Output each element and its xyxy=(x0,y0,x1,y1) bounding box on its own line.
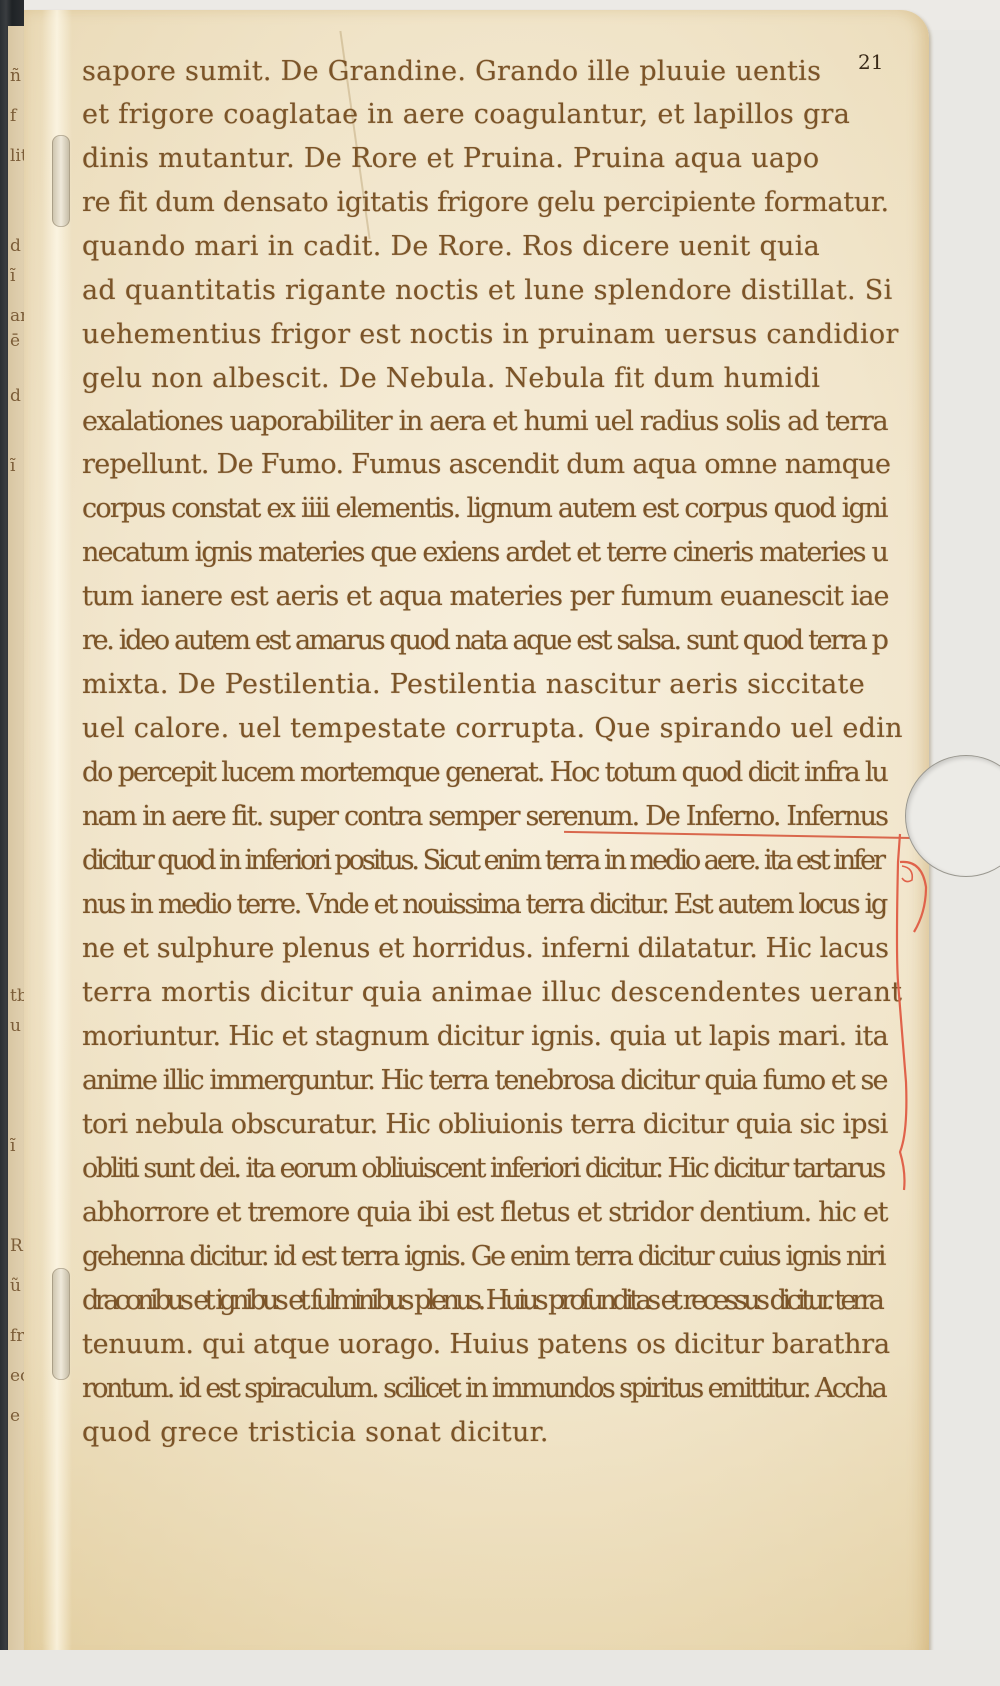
manuscript-line: rontum. id est spiraculum. scilicet in i… xyxy=(82,1369,885,1409)
manuscript-line: exalationes uaporabiliter in aera et hum… xyxy=(82,402,887,442)
facing-page-fragment: e xyxy=(10,1406,20,1426)
facing-page-fragment: d xyxy=(10,236,21,256)
manuscript-line: ne et sulphure plenus et horridus. infer… xyxy=(82,929,889,969)
manuscript-line: dicitur quod in inferiori positus. Sicut… xyxy=(82,841,883,881)
red-margin-bracket-icon xyxy=(892,832,932,1192)
manuscript-line: nus in medio terre. Vnde et nouissima te… xyxy=(82,885,886,925)
manuscript-line: uel calore. uel tempestate corrupta. Que… xyxy=(82,709,903,749)
manuscript-line: draconibus et ignibus et fulminibus plen… xyxy=(82,1281,880,1321)
binding-stitch-bottom xyxy=(52,1268,70,1380)
manuscript-line: mixta. De Pestilentia. Pestilentia nasci… xyxy=(82,665,865,705)
facing-page-fragment: ñ xyxy=(10,66,21,86)
manuscript-line: necatum ignis materies que exiens ardet … xyxy=(82,533,887,573)
manuscript-line: re. ideo autem est amarus quod nata aque… xyxy=(82,621,887,661)
manuscript-line: gehenna dicitur. id est terra ignis. Ge … xyxy=(82,1237,884,1277)
manuscript-line: quod grece tristicia sonat dicitur. xyxy=(82,1413,549,1453)
manuscript-line: uehementius frigor est noctis in pruinam… xyxy=(82,315,899,355)
facing-page-fragment: f xyxy=(10,106,16,126)
manuscript-line: corpus constat ex iiii elementis. lignum… xyxy=(82,489,887,529)
manuscript-line: quando mari in cadit. De Rore. Ros dicer… xyxy=(82,227,820,267)
facing-page-fragment: ĩ xyxy=(10,1136,15,1156)
manuscript-line: repellunt. De Fumo. Fumus ascendit dum a… xyxy=(82,445,890,485)
manuscript-line: terra mortis dicitur quia animae illuc d… xyxy=(82,973,902,1013)
manuscript-line: dinis mutantur. De Rore et Pruina. Pruin… xyxy=(82,139,819,179)
manuscript-line: obliti sunt dei. ita eorum obliuiscent i… xyxy=(82,1149,884,1189)
facing-page-fragment: R xyxy=(10,1236,23,1256)
facing-page-fragment: d xyxy=(10,386,21,406)
manuscript-line: re fit dum densato igitatis frigore gelu… xyxy=(82,183,889,223)
manuscript-folio: 21 sapore sumit. De Grandine. Grando ill… xyxy=(24,10,929,1672)
facing-page-fragment: ĩ xyxy=(10,456,15,476)
manuscript-line: sapore sumit. De Grandine. Grando ille p… xyxy=(82,52,821,92)
scanner-backdrop-bottom xyxy=(0,1650,1000,1686)
facing-page-fragment: ē xyxy=(10,331,20,351)
manuscript-line: nam in aere fit. super contra semper ser… xyxy=(82,797,887,837)
gutter-highlight xyxy=(42,10,72,1672)
manuscript-line: tori nebula obscuratur. Hic obliuionis t… xyxy=(82,1105,888,1145)
manuscript-line: ad quantitatis rigante noctis et lune sp… xyxy=(82,271,893,311)
manuscript-line: tum ianere est aeris et aqua materies pe… xyxy=(82,577,889,617)
manuscript-line: tenuum. qui atque uorago. Huius patens o… xyxy=(82,1325,890,1365)
binding-stitch-top xyxy=(52,135,70,227)
manuscript-line: do percepit lucem mortemque generat. Hoc… xyxy=(82,753,887,793)
manuscript-line: et frigore coaglatae in aere coagulantur… xyxy=(82,95,850,135)
facing-page-fragment: u xyxy=(10,1016,21,1036)
facing-page-fragment: ĩ xyxy=(10,266,15,286)
manuscript-line: gelu non albescit. De Nebula. Nebula fit… xyxy=(82,359,820,399)
facing-page-fragment: ũ xyxy=(10,1276,21,1296)
facing-page-fragment: fr xyxy=(10,1326,24,1346)
manuscript-line: abhorrore et tremore quia ibi est fletus… xyxy=(82,1193,887,1233)
manuscript-line: moriuntur. Hic et stagnum dicitur ignis.… xyxy=(82,1017,888,1057)
manuscript-line: anime illic immerguntur. Hic terra teneb… xyxy=(82,1061,887,1101)
folio-number: 21 xyxy=(858,50,883,74)
